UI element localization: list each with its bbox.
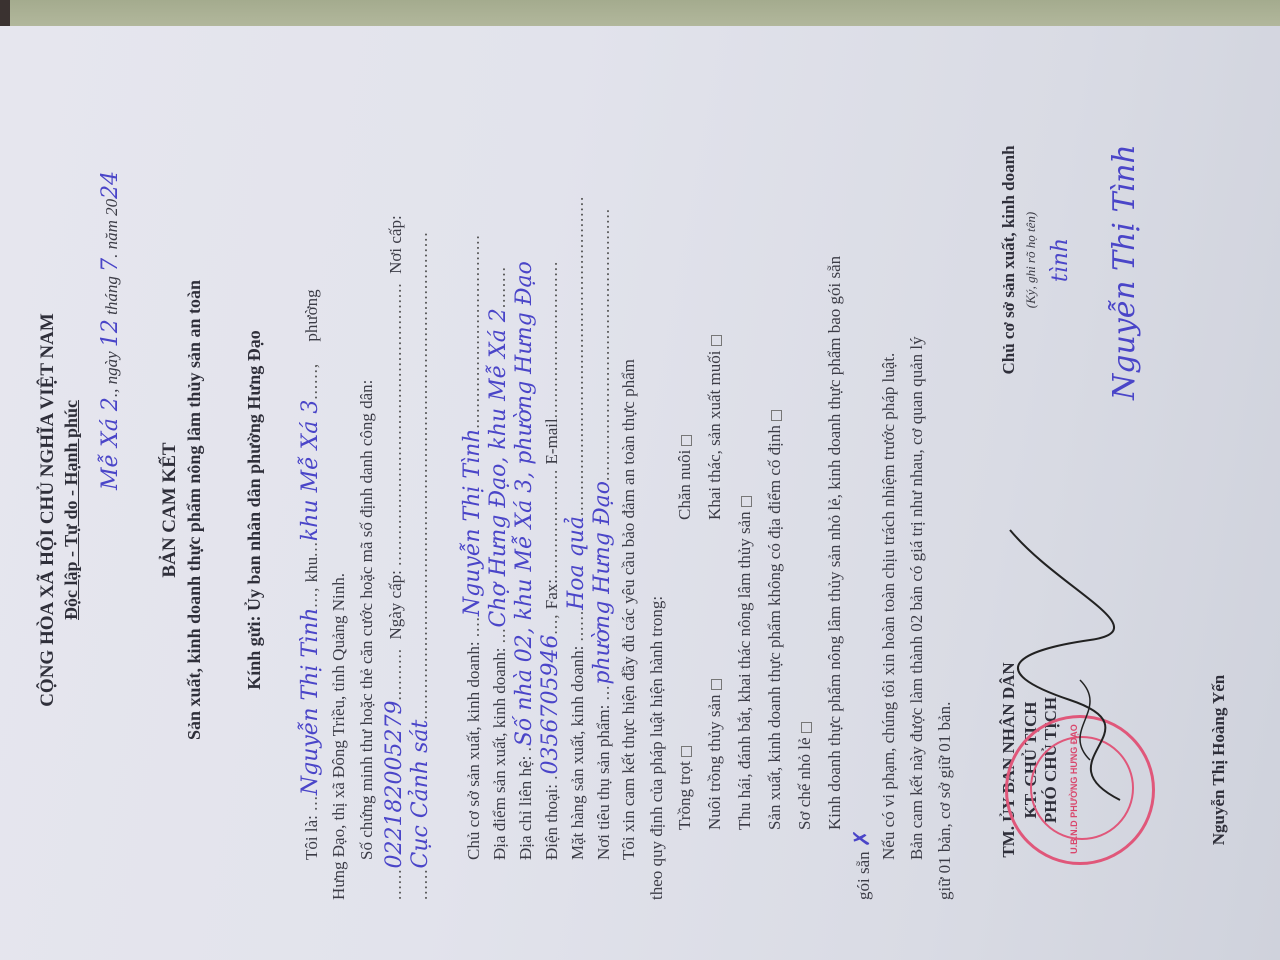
recipient: Kính gửi: Ủy ban nhân dân phường Hưng Đạ… [245, 60, 263, 960]
category-label: Sơ chế nhỏ lẻ [795, 737, 814, 830]
location-value: Chợ Hưng Đạo, khu Mễ Xá 2 [486, 308, 511, 627]
ngay-cap-label: Ngày cấp: [386, 570, 405, 639]
copies-line-1: Bản cam kết này được làm thành 02 bản có… [908, 336, 925, 860]
contact-value: Số nhà 02, khu Mễ Xá 3, phường Hưng Đạo [512, 261, 537, 746]
checkbox[interactable] [771, 410, 782, 421]
category-label: Nuôi trồng thủy sản [705, 694, 724, 830]
motto-text: Độc lập - Tự do - Hạnh phúc [61, 400, 81, 620]
market-label: Nơi tiêu thụ sản phẩm: [594, 705, 613, 860]
goods-label: Mặt hàng sản xuất, kinh doanh: [568, 646, 587, 860]
fax-label: Fax: [542, 579, 561, 609]
month-hand: 7 [98, 258, 123, 272]
category-label: Kinh doanh thực phẩm nông lâm thủy sản n… [825, 256, 844, 830]
motto: Độc lập - Tự do - Hạnh phúc [62, 60, 80, 960]
category-label: Chăn nuôi [675, 450, 694, 520]
id-value: 022182005279 [382, 701, 407, 869]
goods-value: Hoa quả [564, 516, 589, 610]
right-signer-name: Nguyễn Thị Tình [1110, 144, 1140, 400]
contact-line: Địa chỉ liên hệ: .Số nhà 02, khu Mễ Xá 3… [514, 261, 536, 860]
id-label: Số chứng minh thư hoặc thẻ căn cước hoặc… [358, 380, 375, 860]
category-kinh-doanh-nho-le: Kinh doanh thực phẩm nông lâm thủy sản n… [826, 256, 843, 830]
noi-cap-value: Cục Cảnh sát [408, 720, 433, 869]
khu-label: khu [302, 557, 321, 583]
left-signer-name: Nguyễn Thị Hoàng Yến [1210, 590, 1227, 930]
phone-label: Điện thoại: [542, 784, 561, 860]
document-subtitle: Sản xuất, kinh doanh thực phẩm nông lâm … [185, 60, 203, 960]
id-line: ......022182005279.......... Ngày cấp: .… [384, 215, 406, 900]
location-line: Địa điểm sản xuất, kinh doanh: ...Chợ Hư… [488, 266, 510, 860]
category-label: Sản xuất, kinh doanh thực phẩm không có … [765, 425, 784, 830]
category-chan-nuoi: Chăn nuôi [676, 435, 693, 520]
category-so-che: Sơ chế nhỏ lẻ [796, 722, 813, 830]
email-label: E-mail [542, 418, 561, 464]
owner-label: Chủ cơ sở sản xuất, kinh doanh: [464, 641, 483, 860]
checkbox[interactable] [681, 435, 692, 446]
checkbox[interactable] [741, 496, 752, 507]
market-line: Nơi tiêu thụ sản phẩm: ...phường Hưng Đạ… [592, 208, 614, 860]
checked-x-mark[interactable]: ✗ [850, 829, 875, 847]
place-hand: Mễ Xá 2 [98, 397, 123, 490]
checkbox[interactable] [681, 746, 692, 757]
goods-line: Mặt hàng sản xuất, kinh doanh: ......Hoa… [566, 196, 588, 860]
copies-line-2: giữ 01 bản, cơ sở giữ 01 bản. [936, 702, 953, 900]
contact-label: Địa chỉ liên hệ: [516, 756, 535, 860]
toi-la-label: Tôi là: [302, 815, 321, 860]
year-hand: 24 [98, 171, 123, 199]
category-thu-hai: Thu hái, đánh bắt, khai thác nông lâm th… [736, 496, 753, 830]
right-signature: tình [1050, 80, 1072, 440]
category-trong-trot: Trồng trọt [676, 746, 693, 830]
date-prefix: ., ngày [102, 351, 121, 397]
toi-la-value: Nguyễn Thị Tình [298, 608, 323, 796]
commit-line-1: Tôi xin cam kết thực hiện đầy đủ các yêu… [620, 359, 637, 860]
checkbox[interactable] [801, 722, 812, 733]
category-kinh-doanh-nho-le-cont: gói sẵn✗ [852, 829, 874, 900]
category-khai-thac-muoi: Khai thác, sản xuất muối [706, 336, 723, 521]
noi-cap-line: ......Cục Cảnh sát......................… [410, 231, 432, 900]
right-title: Chủ cơ sở sản xuất, kinh doanh [1000, 80, 1017, 440]
address-line: Hưng Đạo, thị xã Đông Triều, tỉnh Quảng … [330, 573, 347, 900]
category-label: Thu hái, đánh bắt, khai thác nông lâm th… [735, 511, 754, 830]
commitment-document: CỘNG HÒA XÃ HỘI CHỦ NGHĨA VIỆT NAM Độc l… [0, 60, 1260, 960]
place-date: Mễ Xá 2., ngày 12 tháng 7. năm 2024 [100, 171, 122, 490]
category-khong-dia-diem: Sản xuất, kinh doanh thực phẩm không có … [766, 410, 783, 830]
khu-value: khu Mễ Xá 3 [298, 400, 323, 542]
nation-header: CỘNG HÒA XÃ HỘI CHỦ NGHĨA VIỆT NAM [38, 60, 57, 960]
category-label: Khai thác, sản xuất muối [705, 351, 724, 521]
year-label: . năm 20 [102, 199, 121, 258]
commit-line-2: theo quy định của pháp luật hiện hành tr… [648, 596, 665, 900]
location-label: Địa điểm sản xuất, kinh doanh: [490, 648, 509, 860]
category-nuoi-trong: Nuôi trồng thủy sản [706, 679, 723, 830]
toi-la-line: Tôi là: ...Nguyễn Thị Tình..., khu...khu… [300, 289, 322, 860]
category-label: Trồng trọt [675, 761, 694, 830]
owner-value: Nguyễn Thị Tình [460, 429, 485, 617]
day-hand: 12 [98, 319, 123, 347]
checkbox[interactable] [711, 679, 722, 690]
document-title: BẢN CAM KẾT [160, 60, 179, 960]
market-value: phường Hưng Đạo [590, 481, 615, 685]
phone-value: 0356705946 [538, 635, 563, 775]
checkbox[interactable] [711, 336, 722, 347]
noi-cap-label: Nơi cấp: [386, 215, 405, 274]
owner-line: Chủ cơ sở sản xuất, kinh doanh: ....Nguy… [462, 234, 484, 860]
official-signature [1000, 520, 1160, 820]
phuong-label: phường [302, 289, 321, 341]
right-hint: (Ký, ghi rõ họ tên) [1024, 80, 1037, 440]
phone-line: Điện thoại: .0356705946..., Fax:........… [540, 261, 562, 860]
violation-line: Nếu có vi phạm, chúng tôi xin hoàn toàn … [880, 353, 897, 860]
month-label: tháng [102, 276, 121, 315]
